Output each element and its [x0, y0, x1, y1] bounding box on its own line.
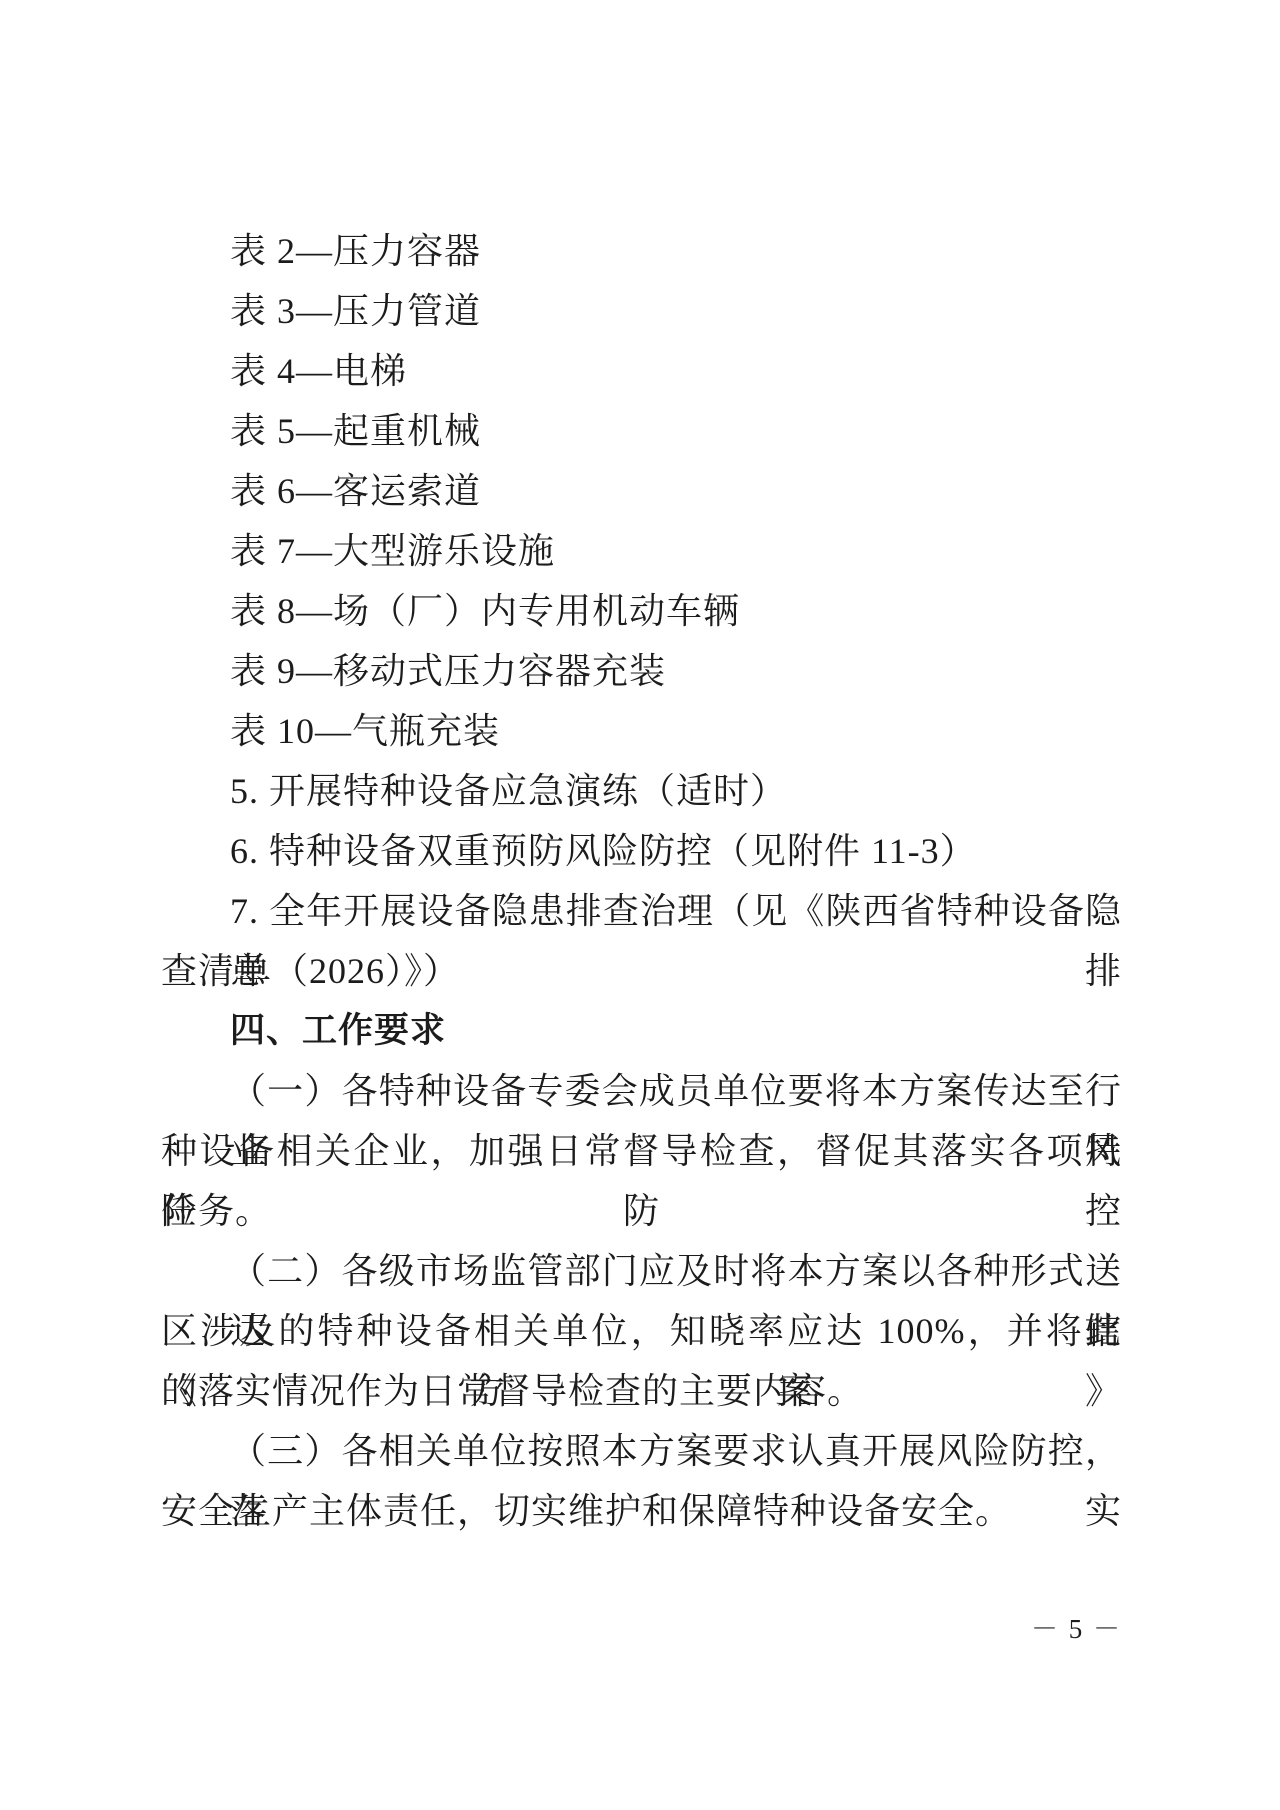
document-line: 表 3—压力管道 [161, 281, 1122, 341]
document-line: 安全生产主体责任，切实维护和保障特种设备安全。 [161, 1481, 1122, 1541]
document-line: 表 8—场（厂）内专用机动车辆 [161, 581, 1122, 641]
document-line: 表 7—大型游乐设施 [161, 521, 1122, 581]
document-line: （三）各相关单位按照本方案要求认真开展风险防控，落实 [161, 1421, 1122, 1481]
document-line: 表 9—移动式压力容器充装 [161, 641, 1122, 701]
document-page: 表 2—压力容器表 3—压力管道表 4—电梯表 5—起重机械表 6—客运索道表 … [0, 0, 1280, 1810]
document-line: 表 10—气瓶充装 [161, 701, 1122, 761]
document-line: 种设备相关企业，加强日常督导检查，督促其落实各项风险防控 [161, 1121, 1122, 1181]
document-line: 表 4—电梯 [161, 341, 1122, 401]
document-line: 7. 全年开展设备隐患排查治理（见《陕西省特种设备隐患排 [161, 881, 1122, 941]
document-line: 表 6—客运索道 [161, 461, 1122, 521]
document-line: （二）各级市场监管部门应及时将本方案以各种形式送达辖 [161, 1241, 1122, 1301]
page-number: － 5 － [161, 1612, 1122, 1646]
document-line: 表 2—压力容器 [161, 221, 1122, 281]
document-line: 5. 开展特种设备应急演练（适时） [161, 761, 1122, 821]
document-line: 表 5—起重机械 [161, 401, 1122, 461]
document-lines: 表 2—压力容器表 3—压力管道表 4—电梯表 5—起重机械表 6—客运索道表 … [161, 221, 1122, 1541]
document-line: 区涉及的特种设备相关单位，知晓率应达 100%，并将此《方案》 [161, 1301, 1122, 1361]
document-line: 6. 特种设备双重预防风险防控（见附件 11-3） [161, 821, 1122, 881]
document-line: （一）各特种设备专委会成员单位要将本方案传达至行业特 [161, 1061, 1122, 1121]
section-heading: 四、工作要求 [161, 1001, 1122, 1061]
